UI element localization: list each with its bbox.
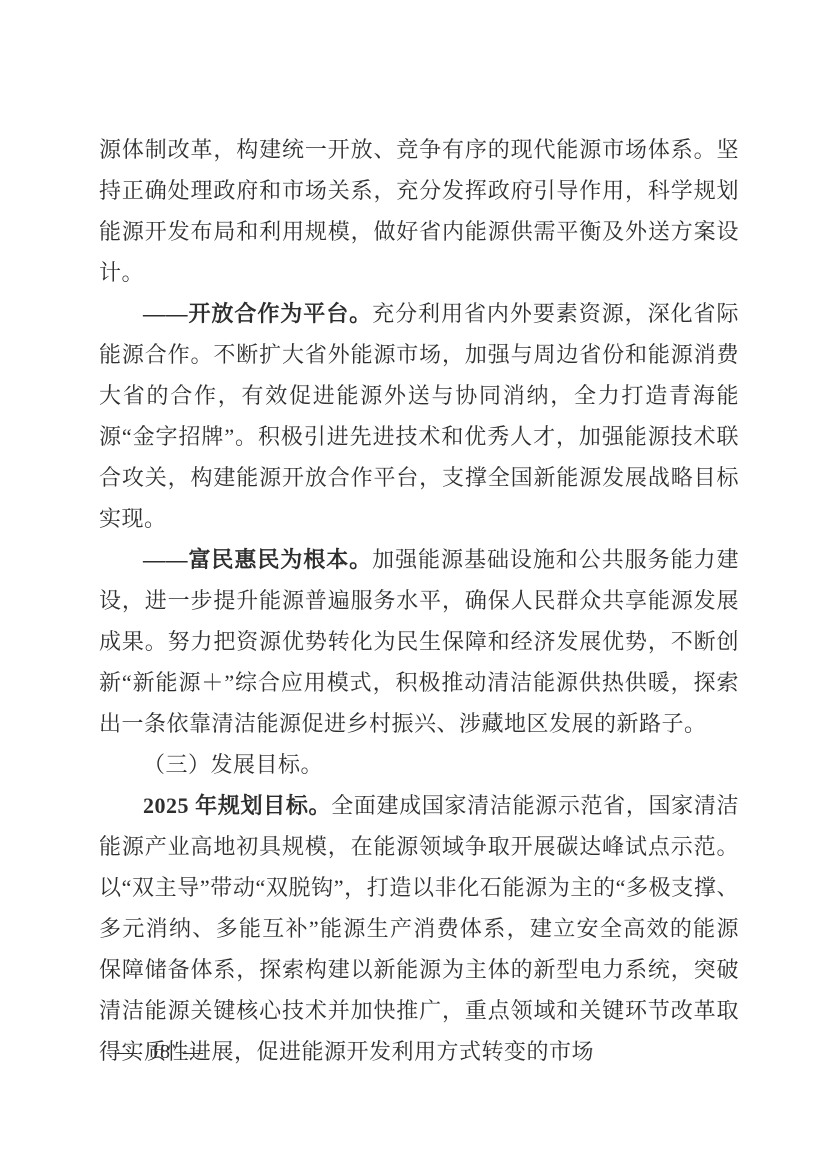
paragraph-lead: 2025 年规划目标。 — [143, 793, 331, 818]
paragraph-continuation: 源体制改革，构建统一开放、竞争有序的现代能源市场体系。坚持正确处理政府和市场关系… — [99, 129, 739, 293]
paragraph-text: （三）发展目标。 — [143, 752, 323, 777]
paragraph-2025-goals: 2025 年规划目标。全面建成国家清洁能源示范省，国家清洁能源产业高地初具规模，… — [99, 785, 739, 1072]
paragraph-text: 加强能源基础设施和公共服务能力建设，进一步提升能源普遍服务水平，确保人民群众共享… — [99, 547, 739, 736]
page-number: 18 — [150, 1041, 170, 1063]
paragraph-text: 全面建成国家清洁能源示范省，国家清洁能源产业高地初具规模，在能源领域争取开展碳达… — [99, 793, 739, 1064]
paragraph-text: 源体制改革，构建统一开放、竞争有序的现代能源市场体系。坚持正确处理政府和市场关系… — [99, 137, 739, 285]
paragraph-enrich-people: ——富民惠民为根本。加强能源基础设施和公共服务能力建设，进一步提升能源普遍服务水… — [99, 539, 739, 744]
paragraph-lead: ——富民惠民为根本。 — [143, 547, 372, 572]
paragraph-text: 充分利用省内外要素资源，深化省际能源合作。不断扩大省外能源市场，加强与周边省份和… — [99, 301, 739, 531]
page-footer: — 18 — — [117, 1041, 203, 1063]
document-page: 源体制改革，构建统一开放、竞争有序的现代能源市场体系。坚持正确处理政府和市场关系… — [0, 0, 827, 1169]
footer-dash: — — [183, 1041, 203, 1063]
footer-dash: — — [117, 1041, 137, 1063]
paragraph-lead: ——开放合作为平台。 — [143, 301, 372, 326]
heading-development-goals: （三）发展目标。 — [99, 744, 739, 785]
paragraph-open-cooperation: ——开放合作为平台。充分利用省内外要素资源，深化省际能源合作。不断扩大省外能源市… — [99, 293, 739, 539]
document-body: 源体制改革，构建统一开放、竞争有序的现代能源市场体系。坚持正确处理政府和市场关系… — [99, 129, 739, 1072]
